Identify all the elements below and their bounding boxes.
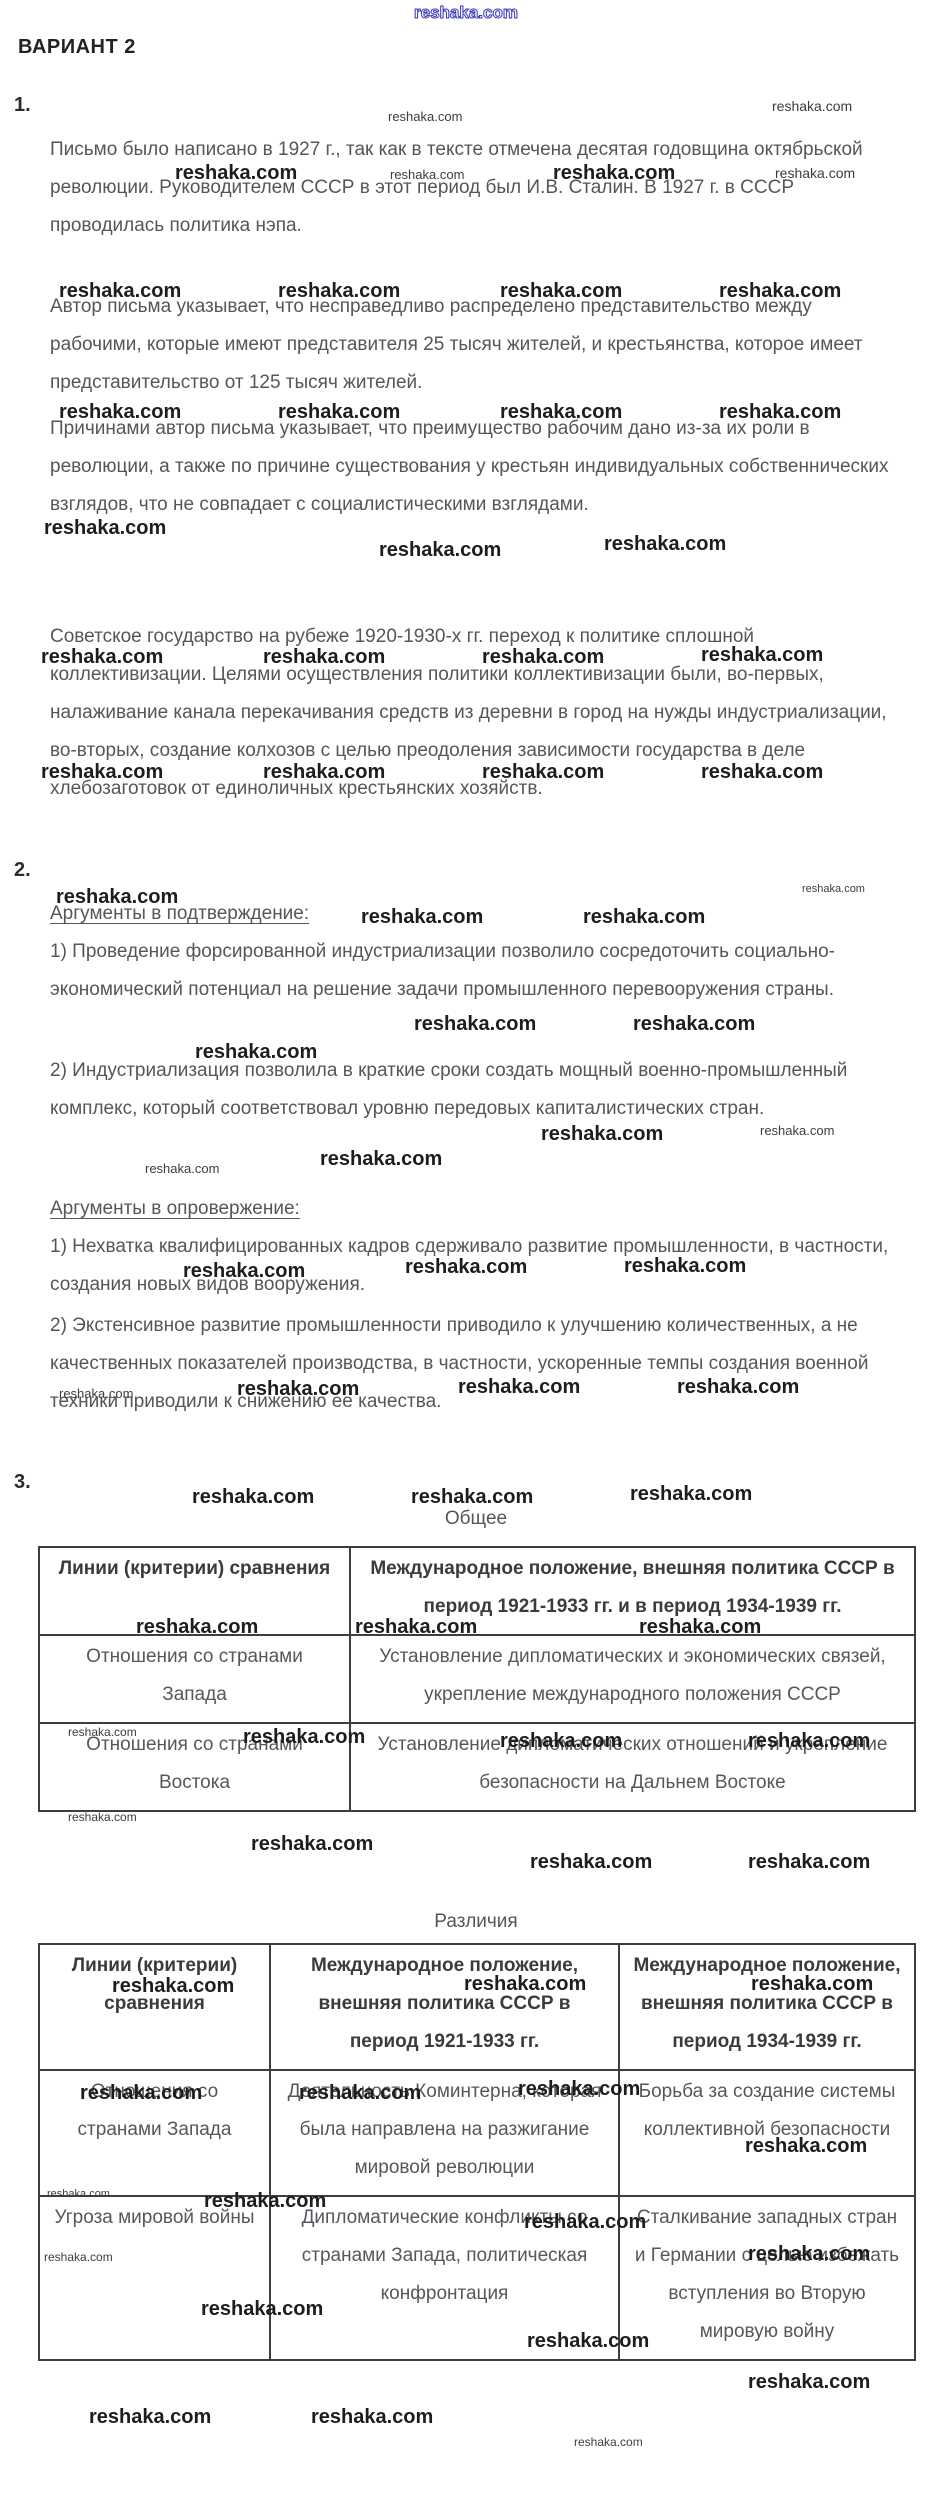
common-table-title: Общее bbox=[38, 1505, 914, 1533]
section-1-number: 1. bbox=[14, 93, 31, 117]
diff-row2-period1: Дипломатические конфликты со странами За… bbox=[270, 2196, 619, 2360]
watermark: reshaka.com bbox=[89, 2407, 211, 2427]
argument-against-2: 2) Экстенсивное развитие промышленности … bbox=[50, 1307, 895, 1421]
answer-1-paragraph-2: Автор письма указывает, что несправедлив… bbox=[50, 288, 895, 402]
watermark: reshaka.com bbox=[361, 907, 483, 927]
watermark: reshaka.com bbox=[604, 534, 726, 554]
watermark: reshaka.com bbox=[748, 2372, 870, 2392]
watermark: reshaka.com bbox=[772, 99, 852, 113]
diff-header-period-1: Международное положение, внешняя политик… bbox=[270, 1944, 619, 2070]
watermark: reshaka.com bbox=[530, 1852, 652, 1872]
watermark: reshaka.com bbox=[414, 1014, 536, 1034]
table-header-row: Линии (критерии) сравнения Международное… bbox=[39, 1944, 915, 2070]
argument-for-2: 2) Индустриализация позволила в краткие … bbox=[50, 1052, 895, 1128]
watermark: reshaka.com bbox=[583, 907, 705, 927]
answer-1-paragraph-1: Письмо было написано в 1927 г., так как … bbox=[50, 131, 895, 245]
table-row: Отношения со странами Запада Установлени… bbox=[39, 1635, 915, 1723]
watermark: reshaka.com bbox=[145, 1162, 219, 1175]
watermark: reshaka.com bbox=[630, 1484, 752, 1504]
common-comparison-table: Линии (критерии) сравнения Международное… bbox=[38, 1546, 916, 1812]
arguments-against-heading: Аргументы в опровержение: bbox=[50, 1190, 300, 1228]
watermark: reshaka.com bbox=[388, 110, 462, 123]
watermark: reshaka.com bbox=[411, 1487, 533, 1507]
arguments-for-heading: Аргументы в подтверждение: bbox=[50, 895, 309, 933]
diff-row2-criteria: Угроза мировой войны bbox=[39, 2196, 270, 2360]
table-row: Отношения со странами Запада Деятельност… bbox=[39, 2070, 915, 2196]
watermark: reshaka.com bbox=[414, 4, 518, 21]
common-row2-criteria: Отношения со странами Востока bbox=[39, 1723, 350, 1811]
diff-row1-period2: Борьба за создание системы коллективной … bbox=[619, 2070, 915, 2196]
watermark: reshaka.com bbox=[320, 1149, 442, 1169]
differences-comparison-table: Линии (критерии) сравнения Международное… bbox=[38, 1943, 916, 2361]
section-3-number: 3. bbox=[14, 1470, 31, 1494]
answer-1-paragraph-4: Советское государство на рубеже 1920-193… bbox=[50, 618, 895, 808]
diff-header-criteria: Линии (критерии) сравнения bbox=[39, 1944, 270, 2070]
page-title: ВАРИАНТ 2 bbox=[18, 36, 136, 59]
argument-against-1: 1) Нехватка квалифицированных кадров сде… bbox=[50, 1228, 895, 1304]
table-row: Угроза мировой войны Дипломатические кон… bbox=[39, 2196, 915, 2360]
watermark: reshaka.com bbox=[574, 2436, 643, 2448]
watermark: reshaka.com bbox=[311, 2407, 433, 2427]
watermark: reshaka.com bbox=[379, 540, 501, 560]
section-2-number: 2. bbox=[14, 858, 31, 882]
watermark: reshaka.com bbox=[633, 1014, 755, 1034]
diff-row1-criteria: Отношения со странами Запада bbox=[39, 2070, 270, 2196]
table-header-row: Линии (критерии) сравнения Международное… bbox=[39, 1547, 915, 1635]
watermark: reshaka.com bbox=[802, 884, 865, 895]
diff-table-title: Различия bbox=[38, 1908, 914, 1936]
diff-row2-period2: Сталкивание западных стран и Германии с … bbox=[619, 2196, 915, 2360]
watermark: reshaka.com bbox=[192, 1487, 314, 1507]
diff-row1-period1: Деятельность Коминтерна, которая была на… bbox=[270, 2070, 619, 2196]
common-header-criteria: Линии (критерии) сравнения bbox=[39, 1547, 350, 1635]
diff-header-period-2: Международное положение, внешняя политик… bbox=[619, 1944, 915, 2070]
document-page: reshaka.comreshaka.comreshaka.comreshaka… bbox=[0, 0, 928, 2519]
common-row1-value: Установление дипломатических и экономиче… bbox=[350, 1635, 915, 1723]
common-header-period: Международное положение, внешняя политик… bbox=[350, 1547, 915, 1635]
watermark: reshaka.com bbox=[251, 1834, 373, 1854]
common-row2-value: Установление дипломатических отношений и… bbox=[350, 1723, 915, 1811]
common-row1-criteria: Отношения со странами Запада bbox=[39, 1635, 350, 1723]
answer-1-paragraph-3: Причинами автор письма указывает, что пр… bbox=[50, 410, 895, 524]
table-row: Отношения со странами Востока Установлен… bbox=[39, 1723, 915, 1811]
argument-for-1: 1) Проведение форсированной индустриализ… bbox=[50, 933, 895, 1009]
watermark: reshaka.com bbox=[748, 1852, 870, 1872]
watermark: reshaka.com bbox=[68, 1811, 137, 1823]
